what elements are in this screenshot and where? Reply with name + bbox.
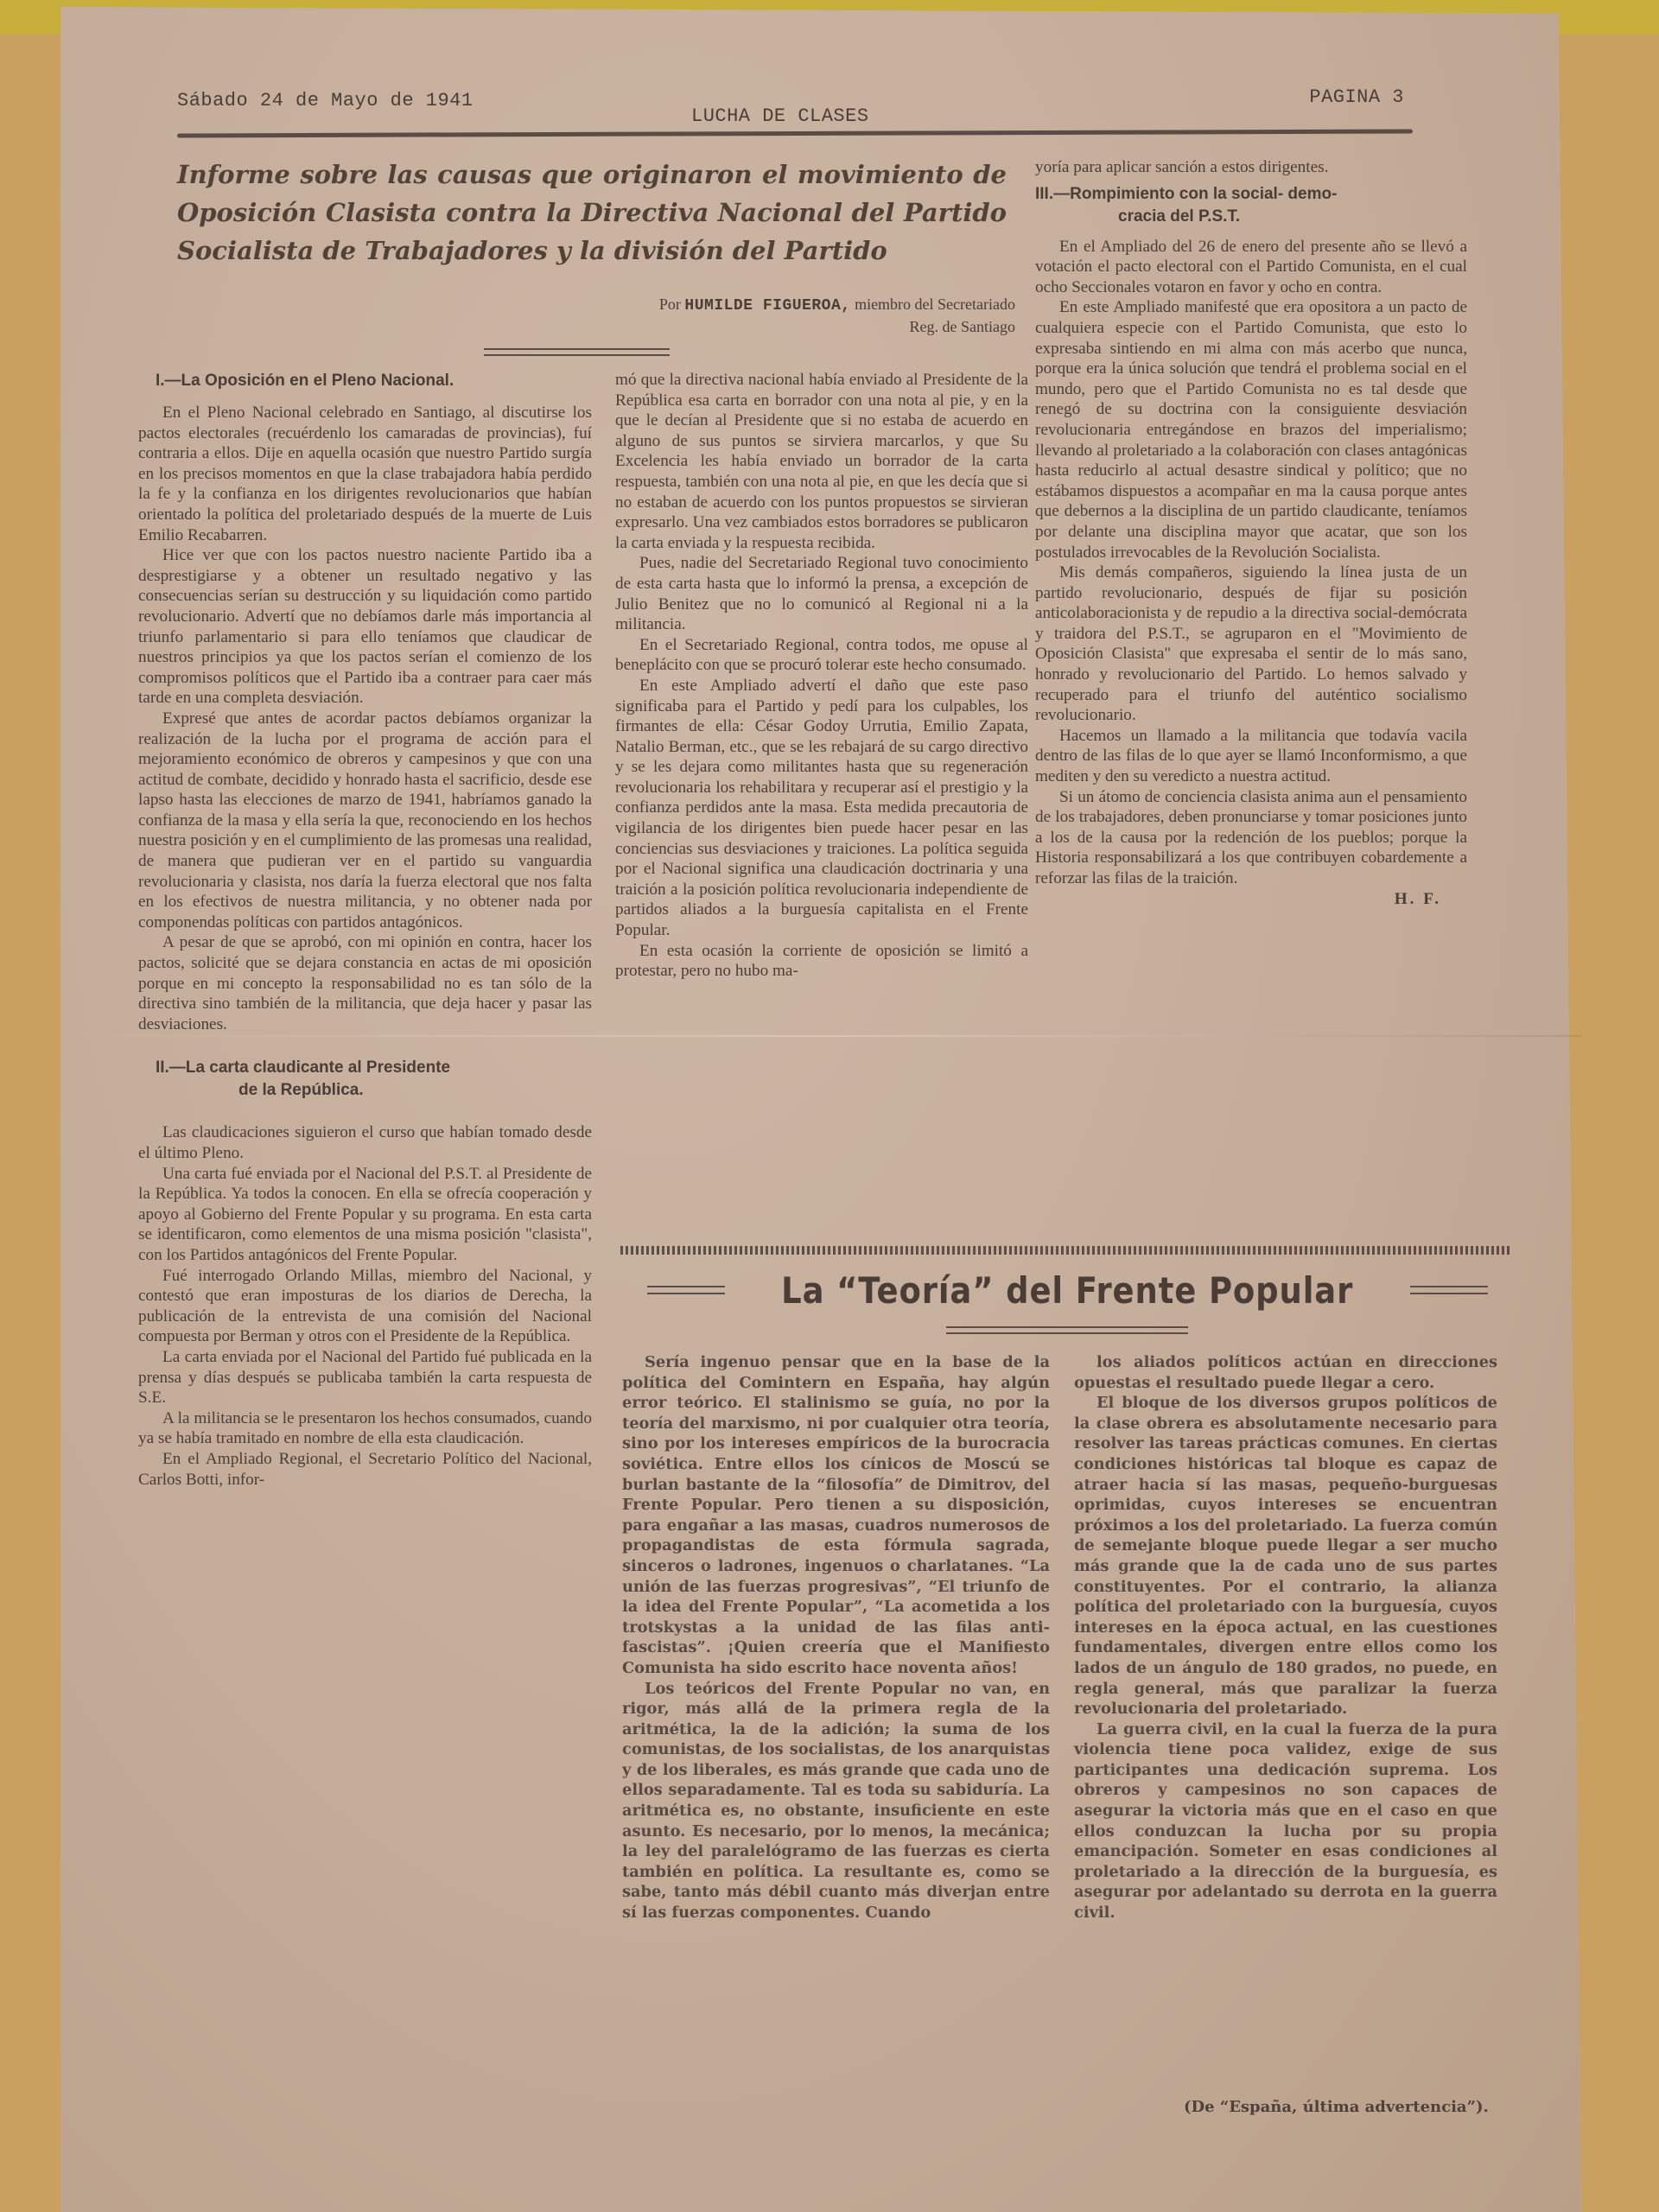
title-rule: [946, 1326, 1188, 1334]
paragraph: Fué interrogado Orlando Millas, miembro …: [138, 1266, 592, 1347]
section-heading-line: cracia del P.S.T.: [1035, 206, 1467, 228]
paragraph: En esta ocasión la corriente de oposició…: [615, 941, 1028, 982]
page-number: PAGINA 3: [1309, 86, 1404, 108]
article1-column-1: I.—La Oposición en el Pleno Nacional. En…: [138, 370, 592, 1490]
section-heading-line: de la República.: [156, 1079, 592, 1102]
paragraph: A la militancia se le presentaron los he…: [138, 1408, 592, 1449]
paragraph: La guerra civil, en la cual la fuerza de…: [1074, 1719, 1497, 1923]
byline: Por HUMILDE FIGUEROA, miembro del Secret…: [652, 294, 1015, 337]
paragraph: En este Ampliado manifesté que era oposi…: [1035, 297, 1467, 563]
article1-column-2: mó que la directiva nacional había envia…: [615, 370, 1028, 982]
paragraph: En el Secretariado Regional, contra todo…: [615, 635, 1028, 676]
source-attribution: (De “España, última advertencia”).: [1184, 2098, 1489, 2116]
newspaper-name: LUCHA DE CLASES: [691, 105, 869, 127]
signature: H. F.: [1035, 889, 1467, 910]
paragraph: Hice ver que con los pactos nuestro naci…: [138, 545, 592, 709]
paragraph: Expresé que antes de acordar pactos debí…: [138, 709, 592, 933]
paragraph: Una carta fué enviada por el Nacional de…: [138, 1164, 592, 1266]
paragraph: La carta enviada por el Nacional del Par…: [138, 1347, 592, 1408]
title-rule: [484, 348, 670, 356]
paragraph: mó que la directiva nacional había envia…: [615, 370, 1028, 553]
byline-role: miembro del Secretariado Reg. de Santiag…: [851, 296, 1015, 335]
byline-author: HUMILDE FIGUEROA,: [684, 297, 850, 315]
paragraph: Sería ingenuo pensar que en la base de l…: [622, 1352, 1050, 1679]
paragraph: los aliados políticos actúan en direccio…: [1074, 1352, 1497, 1393]
paragraph: Si un átomo de conciencia clasista anima…: [1035, 787, 1467, 889]
article2-column-1: Sería ingenuo pensar que en la base de l…: [622, 1352, 1050, 1923]
paragraph: En este Ampliado advertí el daño que est…: [615, 676, 1028, 941]
paragraph: El bloque de los diversos grupos polític…: [1074, 1393, 1497, 1719]
section-heading-line: III.—Rompimiento con la social- demo-: [1035, 185, 1337, 203]
paragraph: Los teóricos del Frente Popular no van, …: [622, 1679, 1050, 1923]
article2-column-2: los aliados políticos actúan en direccio…: [1074, 1352, 1497, 1923]
title-ornament-left: [647, 1286, 725, 1294]
separator-rule: [620, 1246, 1510, 1255]
byline-prefix: Por: [659, 296, 685, 313]
section-heading: I.—La Oposición en el Pleno Nacional.: [156, 370, 592, 392]
title-ornament-right: [1410, 1286, 1488, 1294]
section-heading: III.—Rompimiento con la social- demo- cr…: [1035, 183, 1467, 228]
article2-heading: La “Teoría” del Frente Popular: [620, 1262, 1515, 1319]
section-heading-line: II.—La carta claudicante al Presidente: [156, 1058, 450, 1077]
section-heading: II.—La carta claudicante al Presidente d…: [156, 1057, 592, 1102]
paragraph: En el Ampliado del 26 de enero del prese…: [1035, 237, 1467, 298]
paragraph: Hacemos un llamado a la militancia que t…: [1035, 726, 1467, 787]
paragraph: Mis demás compañeros, siguiendo la línea…: [1035, 563, 1467, 726]
paragraph: Pues, nadie del Secretariado Regional tu…: [615, 553, 1028, 634]
article-title: La “Teoría” del Frente Popular: [781, 1269, 1353, 1312]
article-title: Informe sobre las causas que originaron …: [177, 156, 1007, 270]
article1-column-3: yoría para aplicar sanción a estos dirig…: [1035, 157, 1467, 909]
issue-date: Sábado 24 de Mayo de 1941: [177, 90, 474, 111]
paragraph: A pesar de que se aprobó, con mi opinión…: [138, 932, 592, 1034]
paragraph: Las claudicaciones siguieron el curso qu…: [138, 1122, 592, 1163]
paragraph: En el Ampliado Regional, el Secretario P…: [138, 1449, 592, 1490]
paragraph: yoría para aplicar sanción a estos dirig…: [1035, 157, 1467, 178]
paragraph: En el Pleno Nacional celebrado en Santia…: [138, 403, 592, 545]
